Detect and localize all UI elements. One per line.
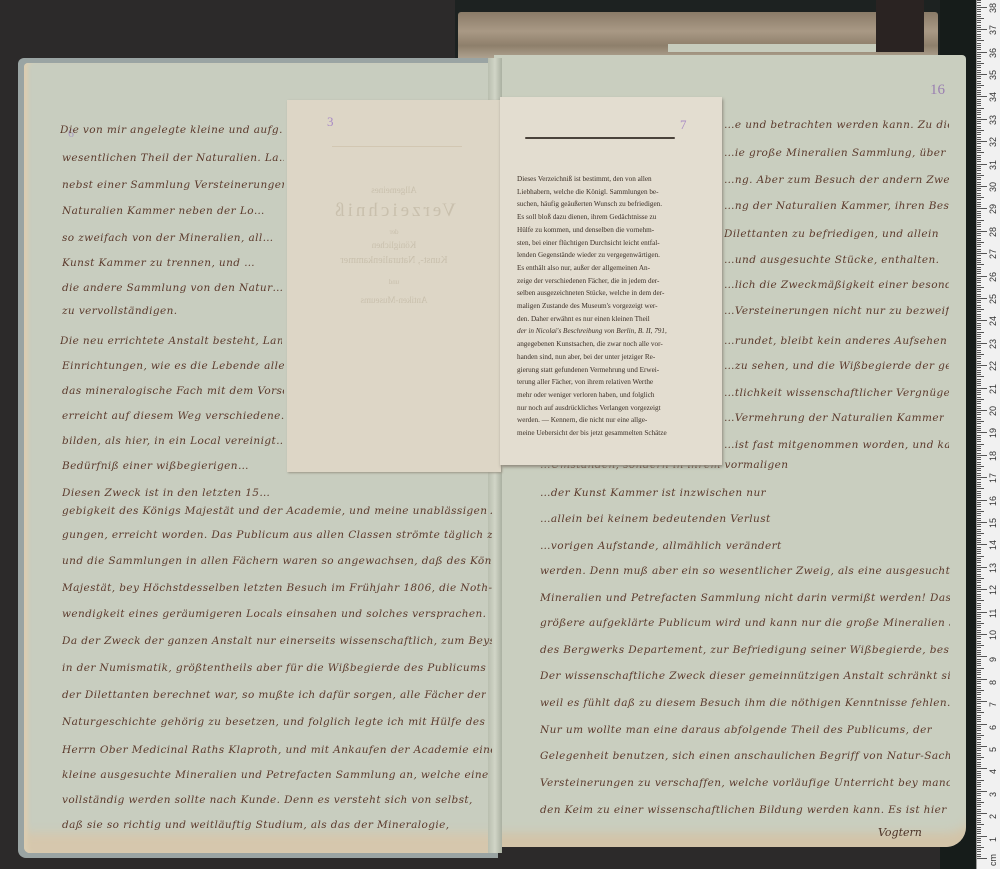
ruler-tick: [977, 645, 984, 646]
ruler-tick: [977, 168, 981, 169]
ruler-tick: [977, 497, 981, 498]
ruler-tick: [977, 123, 981, 124]
ruler-tick: [977, 197, 984, 198]
ruler-tick: [977, 222, 981, 223]
ruler-tick: [977, 128, 981, 129]
ruler-tick: [977, 56, 981, 57]
ruler-tick: [977, 643, 981, 644]
ruler-tick: [977, 636, 981, 637]
ruler-tick: [977, 298, 987, 299]
printed-line: Hülfe zu kommen, und denselben die vorne…: [517, 224, 707, 237]
ghost-title-line: Antiken-Museums: [287, 295, 501, 305]
printed-line: maligen Zustande des Museum's vorgezeigt…: [517, 300, 707, 313]
handwritten-line: …tlichkeit wissenschaftlicher Vergnügen …: [724, 387, 949, 399]
ruler-label: 38: [988, 3, 998, 13]
ruler-tick: [977, 829, 981, 830]
handwritten-line: …zu sehen, und die Wißbegierde der gewis…: [724, 360, 949, 372]
ruler-tick: [977, 226, 981, 227]
ruler-tick: [977, 558, 981, 559]
ruler-tick: [977, 782, 981, 783]
ruler-tick: [977, 726, 981, 727]
ruler-tick: [977, 710, 981, 711]
ruler-tick: [977, 188, 981, 189]
ruler-tick: [977, 858, 987, 859]
ruler-label: 21: [988, 384, 998, 394]
ruler-tick: [977, 231, 987, 232]
ruler-tick: [977, 674, 981, 675]
ruler-tick: [977, 744, 981, 745]
ruler-tick: [977, 385, 981, 386]
ruler-tick: [977, 712, 984, 713]
ruler-tick: [977, 565, 981, 566]
handwritten-line: das mineralogische Fach mit dem Vorschl…: [62, 385, 284, 397]
ruler-tick: [977, 562, 981, 563]
ruler-tick: [977, 262, 981, 263]
ghost-title-line: Königlichen: [287, 240, 501, 250]
handwritten-line: Naturgeschichte gehörig zu besetzen, und…: [62, 716, 485, 728]
handwritten-line: …vorigen Aufstande, allmählich verändert: [540, 540, 782, 552]
ruler-tick: [977, 356, 981, 357]
ruler-tick: [977, 0, 981, 1]
ruler-label: 10: [988, 630, 998, 640]
printed-line: lenden Gegenstände wieder zu vergegenwär…: [517, 249, 707, 262]
printed-preface: Dieses Verzeichniß ist bestimmt, den von…: [517, 173, 707, 440]
handwritten-line: den Keim zu einer wissenschaftlichen Bil…: [540, 804, 947, 816]
handwritten-line: werden. Denn muß aber ein so wesentliche…: [540, 565, 950, 577]
ruler-tick: [977, 701, 987, 702]
ruler-tick: [977, 652, 981, 653]
ghost-title-line: Kunst-, Naturalienkammer: [287, 255, 501, 266]
ruler-tick: [977, 757, 984, 758]
ruler-tick: [977, 34, 981, 35]
ruler-tick: [977, 372, 981, 373]
ruler-tick: [977, 486, 981, 487]
ruler-tick: [977, 287, 984, 288]
ruler-tick: [977, 755, 981, 756]
ruler-tick: [977, 665, 981, 666]
ruler-tick: [977, 108, 984, 109]
ruler-tick: [977, 157, 981, 158]
ruler-tick: [977, 305, 981, 306]
ruler-tick: [977, 238, 981, 239]
ruler-tick: [977, 432, 987, 433]
ruler-tick: [977, 134, 981, 135]
ruler-tick: [977, 491, 981, 492]
printed-line: nur noch auf ausdrückliches Verlangen vo…: [517, 402, 707, 415]
ruler-tick: [977, 677, 981, 678]
ruler-tick: [977, 798, 981, 799]
ruler-label: 33: [988, 115, 998, 125]
ruler-tick: [977, 14, 981, 15]
ruler-tick: [977, 285, 981, 286]
ruler-label: 14: [988, 540, 998, 550]
handwritten-line: …lich die Zweckmäßigkeit einer besondere…: [724, 279, 949, 291]
ruler-tick: [977, 341, 981, 342]
ruler-tick: [977, 845, 981, 846]
ruler-label: 30: [988, 182, 998, 192]
ruler-tick: [977, 596, 981, 597]
ruler-tick: [977, 777, 981, 778]
ruler-label: 37: [988, 25, 998, 35]
ruler-tick: [977, 374, 981, 375]
ruler-tick: [977, 827, 981, 828]
ruler-tick: [977, 708, 981, 709]
page-number: 16: [930, 82, 945, 99]
ruler-tick: [977, 820, 981, 821]
ruler-tick: [977, 177, 981, 178]
ruler-tick: [977, 276, 987, 277]
ruler-tick: [977, 130, 984, 131]
ruler-label: 15: [988, 518, 998, 528]
ruler-tick: [977, 392, 981, 393]
ruler-tick: [977, 94, 981, 95]
handwritten-line: weil es fühlt daß zu diesem Besuch ihm d…: [540, 697, 950, 709]
ruler-tick: [977, 267, 981, 268]
ruler-tick: [977, 269, 981, 270]
ruler-tick: [977, 529, 981, 530]
ruler-tick: [977, 789, 981, 790]
ruler-tick: [977, 173, 981, 174]
ruler-tick: [977, 327, 981, 328]
ruler-tick: [977, 515, 981, 516]
ruler-tick: [977, 184, 981, 185]
ruler-tick: [977, 159, 981, 160]
ruler-tick: [977, 721, 981, 722]
ruler-tick: [977, 804, 981, 805]
ruler-tick: [977, 294, 981, 295]
ruler-tick: [977, 806, 981, 807]
printed-line: angegebenen Kunstsachen, die zwar noch a…: [517, 338, 707, 351]
ruler-label: 7: [988, 702, 998, 707]
ruler-tick: [977, 856, 981, 857]
ruler-tick: [977, 220, 984, 221]
ruler-tick: [977, 750, 981, 751]
ruler-tick: [977, 291, 981, 292]
ruler-tick: [977, 45, 981, 46]
ruler-tick: [977, 764, 981, 765]
printed-line: den. Daher erwähnt es nur einen kleinen …: [517, 313, 707, 326]
ruler-tick: [977, 703, 981, 704]
ruler-tick: [977, 553, 981, 554]
ruler-tick: [977, 509, 981, 510]
ruler-tick: [977, 549, 981, 550]
ruler-tick: [977, 851, 981, 852]
ruler-tick: [977, 739, 981, 740]
ruler-tick: [977, 271, 981, 272]
ruler-label: 22: [988, 361, 998, 371]
ruler-tick: [977, 607, 981, 608]
ruler-tick: [977, 706, 981, 707]
handwritten-line: …Versteinerungen nicht nur zu bezweifeln…: [724, 305, 949, 317]
ruler-tick: [977, 560, 981, 561]
ruler-tick: [977, 457, 981, 458]
ruler-tick: [977, 190, 981, 191]
ruler-tick: [977, 679, 987, 680]
ruler-tick: [977, 849, 981, 850]
ruler-tick: [977, 240, 981, 241]
ruler-tick: [977, 141, 987, 142]
ruler-tick: [977, 65, 981, 66]
handwritten-line: …Vermehrung der Naturalien Kammer: [724, 412, 944, 424]
ruler-tick: [977, 25, 981, 26]
ruler-tick: [977, 49, 981, 50]
ruler-tick: [977, 329, 981, 330]
handwritten-line: Herrn Ober Medicinal Raths Klaproth, und…: [62, 744, 492, 756]
handwritten-line: des Bergwerks Departement, zur Befriedig…: [540, 644, 950, 656]
measurement-ruler: 1234567891011121314151617181920212223242…: [976, 0, 1000, 869]
ruler-tick: [977, 520, 981, 521]
ruler-tick: [977, 587, 981, 588]
ruler-tick: [977, 479, 981, 480]
ruler-tick: [977, 280, 981, 281]
ruler-tick: [977, 311, 981, 312]
ruler-label: 24: [988, 316, 998, 326]
ruler-tick: [977, 31, 981, 32]
ruler-tick: [977, 401, 981, 402]
ruler-tick: [977, 495, 981, 496]
ruler-tick: [977, 206, 981, 207]
ruler-label: 18: [988, 451, 998, 461]
ruler-tick: [977, 544, 987, 545]
ruler-tick: [977, 598, 981, 599]
ruler-tick: [977, 531, 981, 532]
ruler-tick: [977, 27, 981, 28]
printed-line: der in Nicolai's Beschreibung von Berlin…: [517, 325, 707, 338]
ruler-tick: [977, 215, 981, 216]
ruler-tick: [977, 20, 981, 21]
ruler-label: 34: [988, 92, 998, 102]
ruler-label: 36: [988, 48, 998, 58]
printed-line: Es enthält also nur, außer der allgemein…: [517, 262, 707, 275]
ruler-tick: [977, 417, 981, 418]
ruler-tick: [977, 824, 984, 825]
ruler-tick: [977, 632, 981, 633]
ruler-label: 29: [988, 204, 998, 214]
ruler-tick: [977, 753, 981, 754]
ruler-tick: [977, 282, 981, 283]
ruler-tick: [977, 724, 987, 725]
ruler-tick: [977, 627, 981, 628]
handwritten-line: …ng der Naturalien Kammer, ihren Besitz…: [724, 200, 949, 212]
ruler-label: 13: [988, 563, 998, 573]
ruler-tick: [977, 800, 981, 801]
ruler-tick: [977, 838, 981, 839]
ruler-tick: [977, 448, 981, 449]
ruler-tick: [977, 809, 981, 810]
handwritten-line: zu vervollständigen.: [62, 305, 178, 317]
handwritten-line: wesentlichen Theil der Naturalien. La…: [62, 152, 284, 164]
ruler-tick: [977, 244, 981, 245]
ruler-label: 17: [988, 473, 998, 483]
ruler-tick: [977, 264, 984, 265]
printed-line: mehr oder weniger verloren haben, und fo…: [517, 389, 707, 402]
ruler-tick: [977, 63, 984, 64]
ruler-tick: [977, 323, 981, 324]
ruler-tick: [977, 426, 981, 427]
ruler-tick: [977, 155, 981, 156]
ruler-label: 25: [988, 294, 998, 304]
ruler-label: 12: [988, 585, 998, 595]
ruler-tick: [977, 762, 981, 763]
ruler-tick: [977, 672, 981, 673]
ruler-tick: [977, 365, 987, 366]
ruler-label: 28: [988, 227, 998, 237]
ruler-tick: [977, 609, 981, 610]
ruler-label: 3: [988, 792, 998, 797]
ruler-tick: [977, 376, 984, 377]
ruler-tick: [977, 650, 981, 651]
ruler-tick: [977, 406, 981, 407]
ruler-tick: [977, 795, 981, 796]
ruler-tick: [977, 302, 981, 303]
ruler-label: 9: [988, 657, 998, 662]
handwritten-line: größere aufgeklärte Publicum wird und ka…: [540, 617, 950, 629]
ruler-tick: [977, 397, 981, 398]
ruler-tick: [977, 354, 984, 355]
ruler-tick: [977, 542, 981, 543]
handwritten-line: …und ausgesuchte Stücke, enthalten.: [724, 254, 939, 266]
ruler-tick: [977, 179, 981, 180]
ruler-tick: [977, 152, 984, 153]
ruler-tick: [977, 246, 981, 247]
ruler-tick: [977, 148, 981, 149]
ruler-tick: [977, 255, 981, 256]
ruler-label: 26: [988, 272, 998, 282]
ruler-tick: [977, 29, 987, 30]
ruler-tick: [977, 847, 984, 848]
ruler-tick: [977, 802, 984, 803]
printed-line: suchen, häufig geäußerten Wunsch zu befr…: [517, 198, 707, 211]
ruler-tick: [977, 67, 981, 68]
faint-rule: [332, 146, 462, 147]
ruler-label: 11: [988, 608, 998, 617]
ruler-tick: [977, 40, 984, 41]
handwritten-line: Naturalien Kammer neben der Lo…: [62, 205, 265, 217]
ruler-tick: [977, 217, 981, 218]
ruler-tick: [977, 466, 984, 467]
ruler-tick: [977, 410, 987, 411]
ruler-label: 4: [988, 769, 998, 774]
ruler-tick: [977, 488, 984, 489]
ruler-tick: [977, 647, 981, 648]
ruler-tick: [977, 513, 981, 514]
handwritten-line: bilden, als hier, in ein Local vereinigt…: [62, 435, 284, 447]
ruler-tick: [977, 688, 981, 689]
ruler-tick: [977, 697, 981, 698]
ruler-label: 23: [988, 339, 998, 349]
ruler-tick: [977, 318, 981, 319]
ruler-label: 2: [988, 814, 998, 819]
ruler-tick: [977, 737, 981, 738]
ruler-tick: [977, 249, 981, 250]
ruler-tick: [977, 482, 981, 483]
handwritten-line: Dilettanten zu befriedigen, und allein: [724, 228, 939, 240]
ruler-tick: [977, 99, 981, 100]
ruler-tick: [977, 412, 981, 413]
ruler-tick: [977, 686, 981, 687]
handwritten-line: vollständig werden sollte nach Kunde. De…: [62, 794, 473, 806]
ruler-tick: [977, 361, 981, 362]
ruler-tick: [977, 242, 984, 243]
ruler-tick: [977, 459, 981, 460]
ruler-tick: [977, 585, 981, 586]
ruler-tick: [977, 470, 981, 471]
printed-line: zeige der verschiedenen Fächer, die in j…: [517, 275, 707, 288]
ruler-tick: [977, 81, 981, 82]
booklet-left-leaf: 3 AllgemeinesVerzeichnißderKöniglichenKu…: [287, 100, 501, 472]
handwritten-line: Da der Zweck der ganzen Anstalt nur eine…: [62, 635, 492, 647]
handwritten-line: Versteinerungen zu verschaffen, welche v…: [540, 777, 950, 789]
ruler-tick: [977, 211, 981, 212]
handwritten-line: kleine ausgesuchte Mineralien und Petref…: [62, 769, 489, 781]
ruler-tick: [977, 233, 981, 234]
ruler-tick: [977, 670, 981, 671]
ruler-tick: [977, 771, 981, 772]
ruler-tick: [977, 582, 981, 583]
ruler-tick: [977, 38, 981, 39]
printed-rule: [525, 137, 675, 139]
printed-line: Es soll bloß dazu dienen, ihrem Gedächtn…: [517, 211, 707, 224]
ruler-tick: [977, 423, 981, 424]
ruler-tick: [977, 202, 981, 203]
handwritten-line: der Dilettanten berechnet war, so mußte …: [62, 689, 486, 701]
ruler-tick: [977, 815, 981, 816]
printed-line: selben ausgezeichneten Stücke, welche in…: [517, 287, 707, 300]
ruler-tick: [977, 654, 981, 655]
ruler-tick: [977, 742, 981, 743]
ruler-tick: [977, 92, 981, 93]
handwritten-line: Die von mir angelegte kleine und aufg…: [60, 124, 282, 136]
printed-line: gierung statt gefundenen Vermehrung und …: [517, 364, 707, 377]
ruler-tick: [977, 439, 981, 440]
ruler-label: 6: [988, 725, 998, 730]
ruler-tick: [977, 90, 981, 91]
ruler-tick: [977, 618, 981, 619]
ruler-label: 19: [988, 428, 998, 438]
ruler-label: 16: [988, 496, 998, 506]
ruler-tick: [977, 358, 981, 359]
ruler-tick: [977, 251, 981, 252]
ruler-tick: [977, 612, 987, 613]
ruler-tick: [977, 336, 981, 337]
ruler-tick: [977, 441, 981, 442]
ruler-tick: [977, 403, 981, 404]
ruler-tick: [977, 477, 987, 478]
ruler-tick: [977, 854, 981, 855]
ruler-tick: [977, 450, 981, 451]
ruler-tick: [977, 623, 984, 624]
ruler-label: 20: [988, 406, 998, 416]
ruler-tick: [977, 289, 981, 290]
ruler-tick: [977, 11, 981, 12]
handwritten-line: Diesen Zweck ist in den letzten 15…: [62, 487, 270, 499]
ruler-label: 35: [988, 70, 998, 80]
ruler-tick: [977, 352, 981, 353]
ruler-tick: [977, 746, 987, 747]
ruler-tick: [977, 522, 987, 523]
printed-line: handen sind, nun aber, bei der unter jet…: [517, 351, 707, 364]
ruler-tick: [977, 150, 981, 151]
printed-line: werden. — Kennern, die nicht nur eine al…: [517, 414, 707, 427]
handwritten-line: …ng. Aber zum Besuch der andern Zweck,: [724, 174, 949, 186]
ruler-tick: [977, 224, 981, 225]
ruler-tick: [977, 260, 981, 261]
ruler-tick: [977, 103, 981, 104]
printed-line: Dieses Verzeichniß ist bestimmt, den von…: [517, 173, 707, 186]
ruler-tick: [977, 175, 984, 176]
ruler-tick: [977, 47, 981, 48]
ruler-tick: [977, 715, 981, 716]
